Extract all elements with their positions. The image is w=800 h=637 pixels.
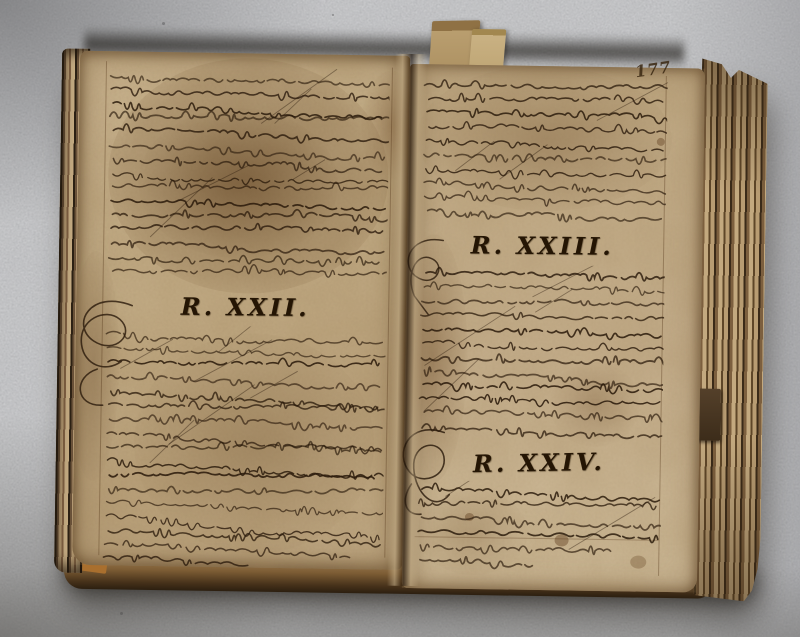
script-line xyxy=(422,483,662,503)
script-line xyxy=(427,108,668,124)
script-line xyxy=(426,267,665,282)
script-line xyxy=(418,530,658,543)
script-line xyxy=(429,121,668,134)
script-line xyxy=(106,500,386,517)
script-line xyxy=(106,331,386,348)
script-line xyxy=(424,406,665,423)
script-text-block xyxy=(105,65,390,287)
script-line xyxy=(111,198,385,211)
script-line xyxy=(419,394,660,409)
script-line xyxy=(109,253,379,268)
script-line xyxy=(426,166,666,182)
script-line xyxy=(420,556,536,569)
wall-speck xyxy=(332,14,334,16)
script-line xyxy=(424,178,668,195)
pen-slash-stroke xyxy=(120,338,173,369)
section-heading: R. XXIII. xyxy=(419,230,665,261)
fore-edge-page-stack xyxy=(694,59,769,602)
script-line xyxy=(113,124,390,144)
script-line xyxy=(423,381,665,395)
script-line xyxy=(429,92,663,105)
script-line xyxy=(109,414,382,432)
section-heading: R. XXIV. xyxy=(416,446,662,479)
fore-edge-shading xyxy=(694,59,769,602)
script-line xyxy=(109,484,386,498)
script-line xyxy=(111,87,390,102)
script-line xyxy=(110,110,390,125)
script-line xyxy=(106,514,379,543)
pen-slash-stroke xyxy=(219,324,286,353)
script-line xyxy=(111,241,383,256)
script-text-block xyxy=(416,263,665,443)
script-line xyxy=(107,432,382,454)
script-line xyxy=(424,190,667,208)
pen-slash-stroke xyxy=(193,338,272,382)
script-line xyxy=(103,555,248,566)
script-line xyxy=(424,282,665,296)
script-line xyxy=(109,399,378,412)
wall-speck xyxy=(162,22,165,25)
script-line xyxy=(422,424,665,440)
script-line xyxy=(111,221,383,234)
script-line xyxy=(426,138,663,152)
script-line xyxy=(421,353,665,367)
script-text-block xyxy=(420,74,668,226)
script-line xyxy=(108,355,379,368)
right-page: 177 R. XXIII.R. XXIV. xyxy=(402,64,705,593)
pen-slash-stroke xyxy=(176,164,250,204)
script-line xyxy=(107,372,379,391)
script-line xyxy=(419,499,659,510)
photo-scene: R. XXII. 177 xyxy=(0,0,800,637)
left-page-content: R. XXII. xyxy=(100,65,390,574)
script-line xyxy=(421,515,661,530)
script-line xyxy=(113,102,382,120)
script-line xyxy=(428,209,666,223)
script-line xyxy=(108,528,380,547)
pen-slash-stroke xyxy=(275,88,312,124)
script-line xyxy=(424,152,668,165)
script-line xyxy=(423,325,665,340)
wall-speck xyxy=(120,612,123,615)
script-line xyxy=(421,311,665,322)
script-line xyxy=(422,297,665,307)
right-page-content: R. XXIII.R. XXIV. xyxy=(414,74,668,576)
script-text-block xyxy=(100,324,386,574)
script-line xyxy=(424,80,667,92)
script-line xyxy=(113,262,390,278)
script-line xyxy=(423,340,665,353)
section-heading: R. XXII. xyxy=(104,291,386,323)
script-line xyxy=(110,75,389,87)
script-text-block xyxy=(414,480,661,576)
script-line xyxy=(420,544,611,556)
script-line xyxy=(109,144,384,162)
pen-slash-stroke xyxy=(169,383,255,445)
manuscript-book: R. XXII. 177 xyxy=(56,41,767,602)
left-page: R. XXII. xyxy=(72,51,410,570)
